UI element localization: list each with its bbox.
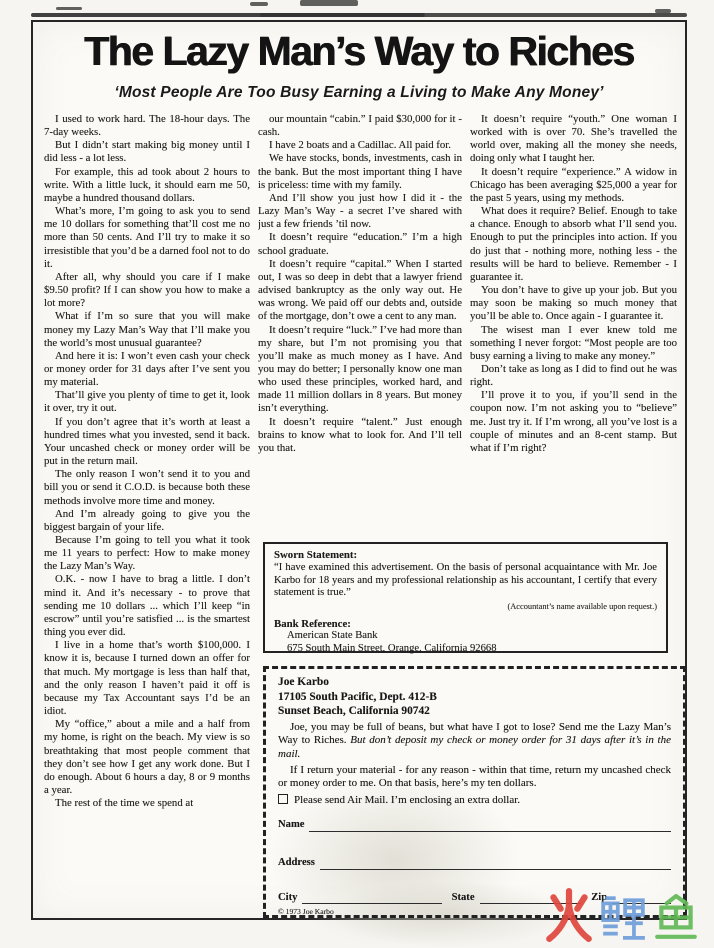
- coupon-body-1: Joe, you may be full of beans, but what …: [278, 721, 671, 762]
- address-input-line: [320, 858, 671, 870]
- paragraph: What if I’m so sure that you will make m…: [44, 310, 250, 349]
- paragraph: And I’m already going to give you the bi…: [44, 508, 250, 534]
- accountant-note: (Accountant’s name available upon reques…: [274, 601, 657, 613]
- paragraph: You don’t have to give up your job. But …: [470, 284, 677, 323]
- paragraph: And here it is: I won’t even cash your c…: [44, 350, 250, 389]
- paragraph: It doesn’t require “education.” I’m a hi…: [258, 231, 462, 257]
- paragraph: My “office,” about a mile and a half fro…: [44, 718, 250, 797]
- paragraph: It doesn’t require “youth.” One woman I …: [470, 113, 677, 166]
- paragraph: If you don’t agree that it’s worth at le…: [44, 416, 250, 469]
- address-field-label: Address: [278, 856, 315, 870]
- paragraph: O.K. - now I have to brag a little. I do…: [44, 573, 250, 639]
- body-column-3: It doesn’t require “youth.” One woman I …: [470, 113, 677, 539]
- paragraph: The rest of the time we spend at: [44, 797, 250, 810]
- body-column-2: our mountain “cabin.” I paid $30,000 for…: [258, 113, 462, 535]
- paragraph: And I’ll show you just how I did it - th…: [258, 192, 462, 231]
- name-field-row: Name: [278, 818, 671, 832]
- paragraph: I have 2 boats and a Cadillac. All paid …: [258, 139, 462, 152]
- paragraph: It doesn’t require “luck.” I’ve had more…: [258, 324, 462, 416]
- paragraph: The wisest man I ever knew told me somet…: [470, 324, 677, 363]
- city-input-line: [302, 892, 441, 904]
- paragraph: I live in a home that’s worth $100,000. …: [44, 639, 250, 718]
- paragraph: Because I’m going to tell you what it to…: [44, 534, 250, 573]
- bank-reference-heading: Bank Reference:: [274, 618, 657, 630]
- paragraph: For example, this ad took about 2 hours …: [44, 166, 250, 205]
- scan-artifact: [56, 7, 82, 10]
- coupon-body-2: If I return your material - for any reas…: [278, 764, 671, 791]
- paragraph: But I didn’t start making big money unti…: [44, 139, 250, 165]
- scan-artifact: [250, 2, 268, 6]
- top-rule-divider: [31, 13, 687, 17]
- name-field-label: Name: [278, 818, 304, 832]
- paragraph: It doesn’t require “capital.” When I sta…: [258, 258, 462, 324]
- scan-artifact: [300, 0, 358, 6]
- paragraph: I’ll prove it to you, if you’ll send in …: [470, 389, 677, 455]
- watermark-char-huo-icon: [544, 888, 594, 942]
- paragraph: Don’t take as long as I did to find out …: [470, 363, 677, 389]
- watermark-char-li-icon: [599, 894, 647, 942]
- paragraph: That’ll give you plenty of time to get i…: [44, 389, 250, 415]
- sworn-statement-box: Sworn Statement: “I have examined this a…: [263, 542, 668, 653]
- sworn-statement-text: “I have examined this advertisement. On …: [274, 562, 657, 599]
- paragraph: After all, why should you care if I make…: [44, 271, 250, 310]
- bank-name: American State Bank: [287, 630, 657, 642]
- body-column-1: I used to work hard. The 18-hour days. T…: [44, 113, 250, 916]
- paragraph: I used to work hard. The 18-hour days. T…: [44, 113, 250, 139]
- paragraph: our mountain “cabin.” I paid $30,000 for…: [258, 113, 462, 139]
- watermark-logo: [544, 888, 700, 942]
- bank-address: 675 South Main Street, Orange, Californi…: [287, 643, 657, 655]
- coupon-recipient-address2: Sunset Beach, California 90742: [278, 704, 671, 719]
- scan-artifact: [655, 9, 671, 13]
- paragraph: It doesn’t require “experience.” A widow…: [470, 166, 677, 205]
- paragraph: The only reason I won’t send it to you a…: [44, 468, 250, 507]
- airmail-option-row: Please send Air Mail. I’m enclosing an e…: [278, 794, 671, 808]
- mail-order-coupon: Joe Karbo 17105 South Pacific, Dept. 412…: [263, 666, 686, 918]
- sworn-statement-heading: Sworn Statement:: [274, 549, 657, 561]
- paragraph: We have stocks, bonds, investments, cash…: [258, 152, 462, 191]
- airmail-checkbox: [278, 794, 288, 804]
- city-field-label: City: [278, 891, 297, 905]
- paragraph: What’s more, I’m going to ask you to sen…: [44, 205, 250, 271]
- coupon-recipient-name: Joe Karbo: [278, 675, 671, 690]
- page-title: The Lazy Man’s Way to Riches: [41, 28, 677, 75]
- airmail-label: Please send Air Mail. I’m enclosing an e…: [294, 794, 520, 806]
- paragraph: What does it require? Belief. Enough to …: [470, 205, 677, 284]
- paragraph: It doesn’t require “talent.” Just enough…: [258, 416, 462, 455]
- name-input-line: [309, 820, 671, 832]
- coupon-recipient-address1: 17105 South Pacific, Dept. 412-B: [278, 690, 671, 705]
- state-field-label: State: [452, 891, 475, 905]
- watermark-char-yu-icon: [652, 894, 700, 942]
- address-field-row: Address: [278, 856, 671, 870]
- page-subtitle: ‘Most People Are Too Busy Earning a Livi…: [41, 84, 677, 102]
